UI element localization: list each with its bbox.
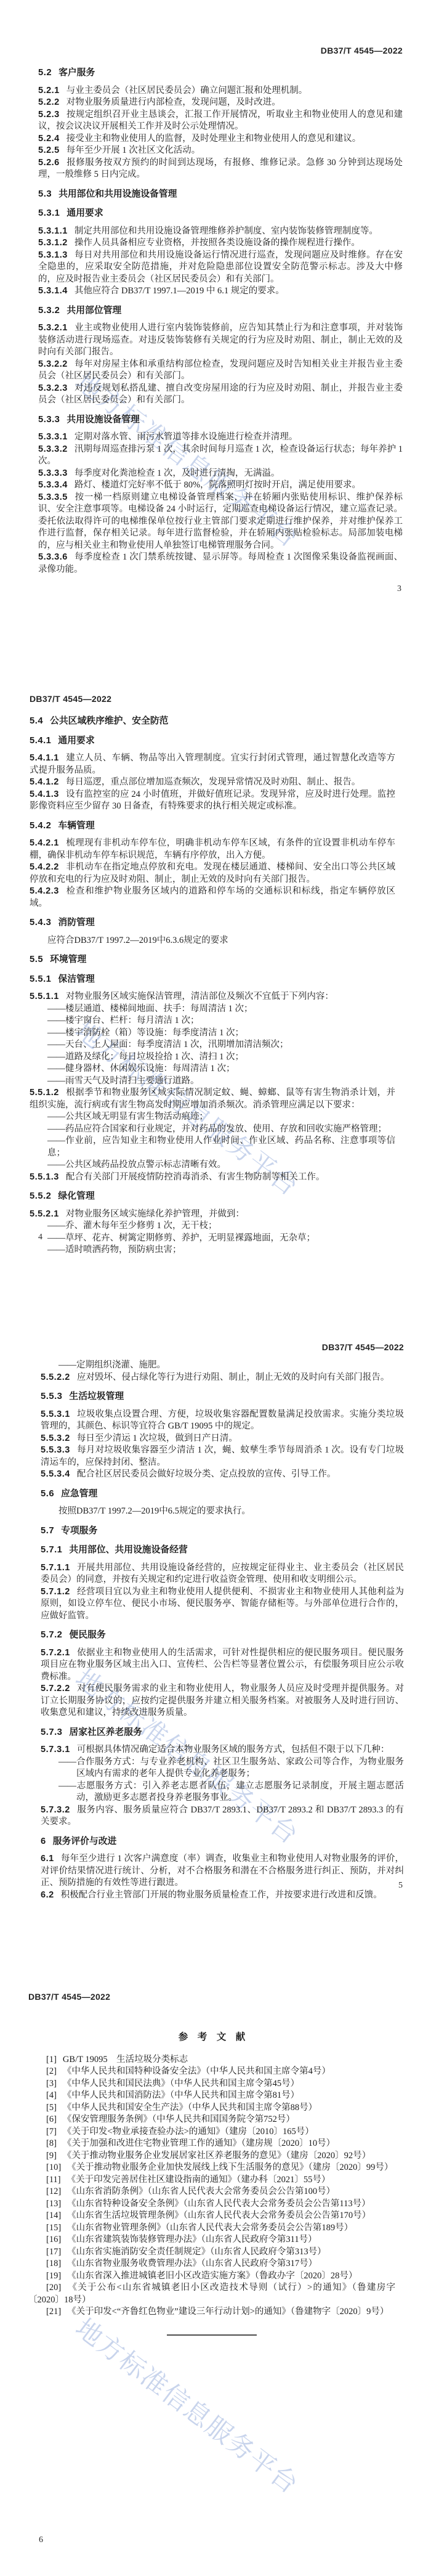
- standard-document-scan: { "doc": { "code": "DB37/T 4545—2022", "…: [0, 0, 431, 2576]
- page-content: 5.4公共区域秩序维护、安全防范5.4.1通用要求5.4.1.1建立人员、车辆、…: [30, 715, 395, 1257]
- reference-label: [8]: [46, 2138, 57, 2148]
- clause-number: 5.5.3.4: [41, 1469, 70, 1479]
- clause-number: 5.4.2.2: [30, 862, 59, 872]
- reference-text: 《关于加强和改进住宅物业管理工作的通知》（建房规〔2020〕10号）: [63, 2138, 335, 2148]
- reference-item: [11]《关于印发完善居住社区建设指南的通知》（建办科〔2021〕55号）: [28, 2174, 395, 2187]
- section-heading: 5.6应急管理: [41, 1488, 404, 1501]
- list-item: ——公共区域无明显有害生物活动痕迹；: [47, 1111, 395, 1123]
- doc-code-header: DB37/T 4545—2022: [30, 694, 111, 704]
- reference-text: 《山东省生活垃圾管理条例》（山东省人民代表大会常务委员会公告第170号）: [67, 2211, 371, 2220]
- heading-text: 应急管理: [61, 1489, 97, 1499]
- clause: 5.3.3.6每季度检查 1 次门禁系统按键、显示屏等。每周检查 1 次图像采集…: [38, 552, 403, 576]
- reference-label: [3]: [46, 2079, 57, 2089]
- clause-number: 5.4.2.1: [30, 838, 59, 848]
- reference-item: [12]《山东省消防条例》（山东省人民代表大会常务委员会公告第100号）: [28, 2186, 395, 2198]
- reference-label: [18]: [46, 2259, 61, 2268]
- clause-number: 5.5.2.2: [41, 1372, 70, 1382]
- clause-number: 5.3.2.2: [38, 359, 68, 369]
- clause-number: 5.4.2: [30, 821, 51, 831]
- clause-number: 5.7.1.2: [41, 1587, 70, 1597]
- clause-text: 对物业服务区域实施保洁管理，清洁部位及频次不宜低于下列内容：: [66, 992, 334, 1001]
- clause-text: 按规定组织召开业主恳谈会，汇报工作开展情况，听取业主和物业使用人的意见和建议，按…: [38, 110, 403, 132]
- clause: 5.5.3.3每月对垃圾收集容器至少清洁 1 次，蝇、蚊孳生季节每周消杀 1 次…: [41, 1445, 404, 1469]
- watermark: 地方标准信息服务平台: [69, 2309, 308, 2501]
- clause-number: 5.2.1: [38, 86, 60, 96]
- reference-item: [15]《山东省物业管理条例》（山东省人民代表大会常务委员会公告第189号）: [28, 2222, 395, 2235]
- subsection-heading: 5.7.3居家社区养老服务: [41, 1727, 404, 1739]
- clause: 5.5.3.1垃圾收集点设置合理、方便，垃圾收集容器配置数量满足投放需求。实施分…: [41, 1409, 404, 1433]
- clause: 5.4.2.3检查和维护物业服务区域内的道路和停车场的交通标识和标线，指定车辆停…: [30, 886, 395, 910]
- page-header-row: DB37/T 4545—2022: [28, 1946, 395, 2004]
- reference-label: [9]: [46, 2151, 57, 2161]
- list-item: ——志愿服务方式：引入养老志愿者队伍，建立志愿服务记录制度，开展主题志愿活动，激…: [58, 1780, 404, 1804]
- clause: 5.3.2.1业主或物业使用人进行室内装饰装修前，应告知其禁止行为和注意事项，并…: [38, 322, 403, 359]
- reference-label: [5]: [46, 2103, 57, 2113]
- clause: 5.3.1.2操作人员具备相应专业资格，并按照各类设施设备的操作规程进行操作。: [38, 237, 403, 250]
- reference-text: 《保安管理服务条例》（中华人民共和国国务院令第752号）: [63, 2114, 295, 2124]
- clause-number: 5.4.1.2: [30, 777, 59, 787]
- clause-number: 5.5.2: [30, 1191, 51, 1201]
- heading-text: 共用部位和共用设施设备管理: [58, 189, 177, 199]
- reference-text: 《山东省深入推进城镇老旧小区改造实施方案》（鲁政办字〔2020〕28号）: [67, 2271, 357, 2281]
- reference-label: [16]: [46, 2235, 61, 2244]
- reference-item: [14]《山东省生活垃圾管理条例》（山东省人民代表大会常务委员会公告第170号）: [28, 2210, 395, 2222]
- reference-text: 《中华人民共和国特种设备安全法》（中华人民共和国主席令第4号）: [63, 2066, 331, 2076]
- reference-item: [17]《山东省实施消防安全责任制规定》（山东省人民政府令第313号）: [28, 2246, 395, 2259]
- reference-item: [13]《山东省特种设备安全条例》（山东省人民代表大会常务委员会公告第113号）: [28, 2198, 395, 2211]
- clause-number: 5.5.3.1: [41, 1409, 70, 1419]
- clause-number: 5.3.1.4: [38, 286, 68, 296]
- doc-code-header: DB37/T 4545—2022: [28, 1992, 110, 2002]
- reference-label: [1]: [46, 2055, 57, 2064]
- subsection-heading: 5.7.2便民服务: [41, 1629, 404, 1642]
- clause: 5.3.3.4路灯、楼道灯完好率不低于 80%，院落照明灯按时开启，满足使用要求…: [38, 479, 403, 492]
- clause-number: 5.3.2.3: [38, 383, 68, 393]
- clause: 5.3.1.4其他应符合 DB37/T 1997.1—2019 中 6.1 规定…: [38, 285, 403, 298]
- clause: 5.5.1.2根据季节和物业服务区域实际情况制定蚊、蝇、蟑螂、鼠等有害生物消杀计…: [30, 1087, 395, 1111]
- clause: 5.3.3.2汛期每周巡查排污泵 1 次，其余时间每月巡查 1 次，检查设备运行…: [38, 444, 403, 468]
- reference-text: 《中华人民共和国民法典》（中华人民共和国主席令第45号）: [63, 2079, 299, 2089]
- clause-text: 垃圾收集点设置合理、方便，垃圾收集容器配置数量满足投放需求。实施分类垃圾管理的，…: [41, 1409, 404, 1432]
- clause: 5.2.1与业主委员会（社区居民委员会）确立问题汇报和处理机制。: [38, 85, 403, 97]
- clause-text: 每季度检查 1 次门禁系统按键、显示屏等。每周检查 1 次图像采集设备监视画面、…: [38, 552, 403, 574]
- reference-item: [9]《关于推动物业服务企业发展居家社区养老服务的意见》（建房〔2020〕92号…: [28, 2150, 395, 2162]
- clause-number: 5.5.1.2: [30, 1088, 59, 1098]
- clause-number: 5.4.3: [30, 918, 51, 927]
- page-content: 参 考 文 献[1]GB/T 19095 生活垃圾分类标志[2]《中华人民共和国…: [28, 2031, 395, 2336]
- clause-text: 依据业主和物业使用人的生活需求，可针对性提供相应的便民服务项目。便民服务项目应在…: [41, 1648, 404, 1682]
- clause-number: 5.4: [30, 716, 43, 726]
- reference-label: [7]: [46, 2127, 57, 2137]
- clause-number: 5.3.3: [38, 415, 60, 425]
- subsection-heading: 5.5.1保洁管理: [30, 974, 395, 986]
- list-item: ——天台、上人屋面：每季度清洁 1 次，汛期增加清洁频次；: [47, 1039, 395, 1051]
- page: DB37/T 4545—2022参 考 文 献[1]GB/T 19095 生活垃…: [0, 1946, 431, 2576]
- document-pages: DB37/T 4545—20225.2客户服务5.2.1与业主委员会（社区居民委…: [0, 0, 431, 2576]
- reference-text: 《关于印发<物业承接查验办法>的通知》（建房〔2010〕165号）: [63, 2127, 314, 2137]
- reference-item: [4]《中华人民共和国消防法》（中华人民共和国主席令第81号）: [28, 2090, 395, 2102]
- subsection-heading: 5.5.3生活垃圾管理: [41, 1391, 404, 1403]
- clause-text: 按一梯一档原则建立电梯设备管理档案，并在轿厢内张贴使用标识、维护保养标识、安全注…: [38, 492, 403, 550]
- clause-number: 5.7.3.2: [41, 1805, 70, 1815]
- reference-text: GB/T 19095 生活垃圾分类标志: [63, 2055, 188, 2064]
- list-item: ——草坪、花卉、树篱定期修剪、养护，无明显裸露地面，无杂草；: [47, 1233, 395, 1245]
- clause-number: 5.7.3: [41, 1727, 62, 1737]
- heading-text: 共用设施设备管理: [66, 415, 139, 425]
- subsection-heading: 5.4.3消防管理: [30, 917, 395, 929]
- section-heading: 5.5环境管理: [30, 954, 395, 966]
- heading-text: 通用要求: [58, 736, 94, 746]
- clause: 5.5.1.3配合有关部门开展疫情防控消毒消杀、有害生物防制等相关工作。: [30, 1172, 395, 1184]
- page: DB37/T 4545—20225.2客户服务5.2.1与业主委员会（社区居民委…: [0, 0, 431, 648]
- clause: 6.2积极配合行业主管部门开展的物业服务质量检查工作，并按要求进行改进和反馈。: [41, 1889, 404, 1902]
- reference-label: [12]: [46, 2187, 61, 2196]
- reference-item: [21]《关于印发<“齐鲁红色物业”建设三年行动计划>的通知》（鲁建物字〔202…: [28, 2306, 395, 2318]
- clause-number: 6: [41, 1836, 46, 1846]
- reference-label: [13]: [46, 2199, 61, 2209]
- heading-text: 消防管理: [58, 918, 94, 927]
- list-item: ——作业前，应告知业主和物业使用人作业时间、作业区域、药品名称、注意事项等信息；: [47, 1135, 395, 1159]
- clause-number: 5.7.3.1: [41, 1745, 70, 1755]
- reference-label: [20]: [46, 2283, 61, 2293]
- clause-text: 对物业服务区域实施绿化养护管理，并做到：: [66, 1209, 244, 1219]
- clause-number: 5.3: [38, 189, 52, 199]
- reference-text: 《山东省建筑装饰装修管理办法》（山东省人民政府令第311号）: [67, 2235, 316, 2244]
- clause-number: 5.5.1.3: [30, 1172, 59, 1182]
- clause-text: 业主或物业使用人进行室内装饰装修前，应告知其禁止行为和注意事项，并对装饰装修活动…: [38, 323, 403, 357]
- clause-text: 定期对落水管、雨污水管道等排水设施进行检查并清理。: [75, 432, 298, 442]
- list-item: ——楼宇消防栓（箱）等设施：每季度清洁 1 次；: [47, 1027, 395, 1040]
- page: DB37/T 4545—2022——定期组织浇灌、施肥。5.5.2.2应对毁坏、…: [0, 1297, 431, 1946]
- clause: 6.1每年至少进行 1 次客户满意度（率）调查，收集业主和物业使用人对物业服务的…: [41, 1853, 404, 1889]
- heading-text: 生活垃圾管理: [69, 1392, 124, 1401]
- clause-text: 每季度对化粪池检查 1 次，及时进行清掏，无满溢。: [75, 468, 280, 478]
- reference-label: [15]: [46, 2223, 61, 2233]
- clause-number: 5.5.2.1: [30, 1209, 59, 1219]
- clause-text: 每年至少开展 1 次社区文化活动。: [66, 145, 201, 155]
- page: DB37/T 4545—20225.4公共区域秩序维护、安全防范5.4.1通用要…: [0, 648, 431, 1297]
- clause-text: 应对毁坏、侵占绿化等行为进行劝阻、制止，制止无效的及时向有关部门报告。: [77, 1372, 390, 1382]
- heading-text: 共用部位、共用设施设备经营: [69, 1545, 187, 1555]
- clause: 5.3.1.1制定共用部位和共用设施设备管理维修养护制度、室内装饰装修管理制度等…: [38, 226, 403, 238]
- clause-text: 检查和维护物业服务区域内的道路和停车场的交通标识和标线，指定车辆停放区域。: [30, 886, 395, 908]
- page-number: 5: [398, 1881, 403, 1891]
- clause-text: 每月对垃圾收集容器至少清洁 1 次，蝇、蚊孳生季节每周消杀 1 次。设有专门垃圾…: [41, 1445, 404, 1467]
- clause-number: 5.5.1: [30, 974, 51, 984]
- clause: 5.3.3.3每季度对化粪池检查 1 次，及时进行清掏，无满溢。: [38, 468, 403, 480]
- clause: 5.2.2对物业服务质量进行内部检查，发现问题，及时改进。: [38, 97, 403, 109]
- reference-label: [10]: [46, 2162, 61, 2172]
- clause: 5.2.6报修服务按双方预约的时间到达现场，有报修、维修记录。急修 30 分钟到…: [38, 157, 403, 181]
- list-item: ——楼宇窗台、栏杆：每月清洁 1 次；: [47, 1015, 395, 1027]
- clause-text: 每年至少进行 1 次客户满意度（率）调查，收集业主和物业使用人对物业服务的评价，…: [41, 1854, 404, 1888]
- clause-number: 5.7.2.1: [41, 1648, 70, 1658]
- subsection-heading: 5.7.1共用部位、共用设施设备经营: [41, 1544, 404, 1557]
- reference-text: 《山东省实施消防安全责任制规定》（山东省人民政府令第313号）: [67, 2247, 326, 2257]
- clause-text: 服务内容、服务质量应符合 DB37/T 2893.1、DB37/T 2893.2…: [41, 1805, 404, 1827]
- clause: 5.2.3按规定组织召开业主恳谈会，汇报工作开展情况，听取业主和物业使用人的意见…: [38, 109, 403, 133]
- page-number: 4: [38, 1233, 42, 1242]
- clause-number: 5.2.5: [38, 145, 60, 155]
- reference-item: [1]GB/T 19095 生活垃圾分类标志: [28, 2054, 395, 2066]
- clause-number: 5.4.1: [30, 736, 51, 746]
- clause-number: 6.1: [41, 1854, 54, 1864]
- clause-text: 与业主委员会（社区居民委员会）确立问题汇报和处理机制。: [66, 86, 308, 96]
- reference-item: [6]《保安管理服务条例》（中华人民共和国国务院令第752号）: [28, 2114, 395, 2126]
- subsection-heading: 5.3.2共用部位管理: [38, 305, 403, 317]
- clause-text: 开展共用部位、共用设施设备经营的，应按规定征得业主、业主委员会（社区居民委员会）…: [41, 1563, 404, 1585]
- clause: 5.3.1.3每日对共用部位和共用设施设备运行情况进行巡查，发现问题应及时维修。…: [38, 250, 403, 286]
- reference-text: 《中华人民共和国消防法》（中华人民共和国主席令第81号）: [63, 2090, 299, 2100]
- clause-text: 建立人员、车辆、物品等出入管理制度。宜实行封闭式管理，通过智慧化改造等方式提升服…: [30, 753, 395, 775]
- reference-text: 《山东省消防条例》（山东省人民代表大会常务委员会公告第100号）: [67, 2187, 335, 2196]
- clause-number: 5.3.2.1: [38, 323, 68, 333]
- clause-number: 5.2.3: [38, 110, 60, 120]
- list-item: ——定期组织浇灌、施肥。: [58, 1359, 404, 1372]
- clause-text: 每日巡逻，重点部位增加巡查频次，发现异常情况及时劝阻、制止、报告。: [66, 777, 361, 787]
- clause-number: 5.3.1.2: [38, 238, 68, 248]
- clause-number: 5.3.1: [38, 208, 60, 218]
- clause-body: 应符合DB37/T 1997.2—2019中6.3.6规定的要求: [30, 935, 395, 947]
- reference-item: [5]《中华人民共和国安全生产法》（中华人民共和国主席令第88号）: [28, 2102, 395, 2114]
- clause-number: 5.3.3.2: [38, 444, 68, 454]
- heading-text: 绿化管理: [58, 1191, 94, 1201]
- clause: 5.5.2.1对物业服务区域实施绿化养护管理，并做到：: [30, 1209, 395, 1221]
- doc-code-header: DB37/T 4545—2022: [322, 1342, 404, 1352]
- clause-text: 汛期每周巡查排污泵 1 次，其余时间每月巡查 1 次，检查设备运行状态；每年养护…: [38, 444, 403, 467]
- clause-number: 5.2.6: [38, 158, 60, 168]
- end-of-document-line: [167, 2334, 257, 2336]
- clause-text: 配合社区居民委员会做好垃圾分类、定点投放的宣传、引导工作。: [77, 1469, 336, 1479]
- heading-text: 保洁管理: [58, 974, 94, 984]
- clause-text: 对有便民服务需求的业主和物业使用人，物业服务人员应及时受理并提供服务。对订立长期…: [41, 1684, 404, 1718]
- subsection-heading: 5.4.2车辆管理: [30, 820, 395, 833]
- clause: 5.3.3.1定期对落水管、雨污水管道等排水设施进行检查并清理。: [38, 431, 403, 444]
- heading-text: 环境管理: [50, 955, 86, 964]
- clause-number: 5.3.2: [38, 306, 60, 316]
- heading-text: 共用部位管理: [66, 306, 121, 316]
- section-heading: 5.2客户服务: [38, 67, 403, 79]
- clause-text: 梳理现有非机动车停车位，明确非机动车停车区域，有条件的宜设置非机动车停车棚，确保…: [30, 838, 395, 860]
- clause-number: 5.4.1.1: [30, 753, 59, 763]
- clause-text: 制定共用部位和共用设施设备管理维修养护制度、室内装饰装修管理制度等。: [75, 226, 378, 236]
- reference-text: 《关于推动物业服务企业加快发展线上线下生活服务的意见》（建房〔2020〕99号）: [67, 2162, 393, 2172]
- clause: 5.4.2.2非机动车在指定地点停放和充电。发现在楼层通道、楼梯间、安全出口等公…: [30, 862, 395, 886]
- clause-text: 积极配合行业主管部门开展的物业服务质量检查工作，并按要求进行改进和反馈。: [61, 1890, 382, 1900]
- list-item: ——药品应符合国家和行业规定，并对药品的发放、使用、存放和回收实施严格管理；: [47, 1123, 395, 1136]
- clause-number: 5.5.3.3: [41, 1445, 70, 1455]
- heading-text: 便民服务: [69, 1630, 105, 1640]
- clause-body: 按照DB37/T 1997.2—2019中6.5规定的要求执行。: [41, 1506, 404, 1518]
- reference-text: 《关于公布<山东省城镇老旧小区改造技术导则（试行）>的通知》（鲁建房字〔2020…: [28, 2283, 395, 2305]
- clause-text: 设有监控室的应 24 小时值班，并做好值班记录。发现异常，应及时进行处理。监控影…: [30, 789, 395, 812]
- reference-text: 《关于推动物业服务企业发展居家社区养老服务的意见》（建房〔2020〕92号）: [63, 2151, 371, 2161]
- list-item: ——雨雪天气及时清扫主要通行道路。: [47, 1075, 395, 1088]
- clause-number: 5.3.3.3: [38, 468, 68, 478]
- clause: 5.5.2.2应对毁坏、侵占绿化等行为进行劝阻、制止，制止无效的及时向有关部门报…: [41, 1372, 404, 1384]
- reference-label: [19]: [46, 2271, 61, 2281]
- reference-label: [4]: [46, 2090, 57, 2100]
- clause-number: 5.2.4: [38, 134, 60, 144]
- clause-number: 5.5.3.2: [41, 1433, 70, 1443]
- clause: 5.7.1.1开展共用部位、共用设施设备经营的，应按规定征得业主、业主委员会（社…: [41, 1562, 404, 1586]
- clause: 5.5.3.4配合社区居民委员会做好垃圾分类、定点投放的宣传、引导工作。: [41, 1469, 404, 1481]
- clause: 5.2.4接受业主和物业使用人的监督，及时处理业主和物业使用人的意见和建议。: [38, 133, 403, 145]
- reference-item: [2]《中华人民共和国特种设备安全法》（中华人民共和国主席令第4号）: [28, 2066, 395, 2078]
- clause-number: 5.3.3.5: [38, 492, 68, 502]
- reference-item: [8]《关于加强和改进住宅物业管理工作的通知》（建房规〔2020〕10号）: [28, 2138, 395, 2150]
- reference-label: [6]: [46, 2114, 57, 2124]
- clause-number: 5.7.1: [41, 1545, 62, 1555]
- heading-text: 居家社区养老服务: [69, 1727, 142, 1737]
- list-item: ——适时喷洒药物，预防病虫害；: [47, 1244, 395, 1257]
- heading-text: 服务评价与改进: [53, 1836, 117, 1846]
- clause-text: 每年对房屋主体和承重结构部位检查，发现问题应及时告知相关业主并报告业主委员会（社…: [38, 359, 403, 381]
- clause-text: 路灯、楼道灯完好率不低于 80%，院落照明灯按时开启，满足使用要求。: [75, 480, 361, 490]
- list-item: ——楼层通道、楼梯间地面、扶手：每周清洁 1 次；: [47, 1003, 395, 1016]
- references-title: 参 考 文 献: [28, 2031, 395, 2044]
- clause-text: 对物业服务质量进行内部检查，发现问题，及时改进。: [66, 97, 281, 107]
- clause: 5.7.3.2服务内容、服务质量应符合 DB37/T 2893.1、DB37/T…: [41, 1804, 404, 1828]
- clause: 5.7.2.1依据业主和物业使用人的生活需求，可针对性提供相应的便民服务项目。便…: [41, 1647, 404, 1684]
- subsection-heading: 5.3.1通用要求: [38, 208, 403, 220]
- clause-number: 5.5.3: [41, 1392, 62, 1401]
- reference-item: [20]《关于公布<山东省城镇老旧小区改造技术导则（试行）>的通知》（鲁建房字〔…: [28, 2282, 395, 2306]
- page-number: 6: [39, 2535, 43, 2545]
- section-heading: 6服务评价与改进: [41, 1836, 404, 1848]
- clause: 5.4.2.1梳理现有非机动车停车位，明确非机动车停车区域，有条件的宜设置非机动…: [30, 838, 395, 862]
- page-header-row: DB37/T 4545—2022: [30, 648, 395, 706]
- reference-text: 《关于印发完善居住社区建设指南的通知》（建办科〔2021〕55号）: [67, 2175, 331, 2185]
- clause-text: 每日对共用部位和共用设施设备运行情况进行巡查，发现问题应及时维修。存在安全隐患的…: [38, 250, 403, 284]
- reference-text: 《中华人民共和国安全生产法》（中华人民共和国主席令第88号）: [63, 2103, 317, 2113]
- list-item: ——公共区域药品投放点警示标志清晰有效。: [47, 1159, 395, 1172]
- clause-text: 经营项目宜以为业主和物业使用人提供便利、不损害业主和物业使用人其他利益为原则，如…: [41, 1587, 404, 1621]
- reference-label: [17]: [46, 2247, 61, 2257]
- reference-label: [11]: [46, 2175, 61, 2185]
- section-heading: 5.3共用部位和共用设施设备管理: [38, 189, 403, 201]
- page-number: 3: [397, 584, 401, 594]
- clause-number: 5.4.2.3: [30, 886, 59, 896]
- list-item: ——道路及绿化：每日垃圾捡拾 1 次、清扫 1 次；: [47, 1051, 395, 1064]
- clause-text: 报修服务按双方预约的时间到达现场，有报修、维修记录。急修 30 分钟到达现场处理…: [38, 158, 403, 180]
- clause-number: 5.3.1.1: [38, 226, 68, 236]
- clause: 5.4.1.1建立人员、车辆、物品等出入管理制度。宜实行封闭式管理，通过智慧化改…: [30, 752, 395, 776]
- page-header-row: DB37/T 4545—2022: [38, 0, 403, 58]
- clause-text: 根据季节和物业服务区域实际情况制定蚊、蝇、蟑螂、鼠等有害生物消杀计划，并组织实施…: [30, 1088, 395, 1110]
- clause-number: 5.7.1.1: [41, 1563, 70, 1573]
- page-content: ——定期组织浇灌、施肥。5.5.2.2应对毁坏、侵占绿化等行为进行劝阻、制止，制…: [41, 1359, 404, 1901]
- reference-item: [19]《山东省深入推进城镇老旧小区改造实施方案》（鲁政办字〔2020〕28号）: [28, 2270, 395, 2283]
- clause-number: 5.3.3.6: [38, 552, 68, 562]
- clause-number: 5.4.1.3: [30, 789, 59, 799]
- clause-text: 其他应符合 DB37/T 1997.1—2019 中 6.1 规定的要求。: [75, 286, 284, 296]
- reference-label: [14]: [46, 2211, 61, 2220]
- heading-text: 客户服务: [58, 68, 95, 78]
- clause: 5.3.3.5按一梯一档原则建立电梯设备管理档案，并在轿厢内张贴使用标识、维护保…: [38, 492, 403, 552]
- clause-number: 5.2.2: [38, 97, 60, 107]
- clause: 5.7.3.1可根据具体情况确定适合本物业服务区域的服务方式，包括但不限于以下几…: [41, 1744, 404, 1756]
- clause-number: 5.3.3.1: [38, 432, 68, 442]
- subsection-heading: 5.3.3共用设施设备管理: [38, 414, 403, 426]
- clause-number: 5.3.3.4: [38, 480, 68, 490]
- clause-text: 接受业主和物业使用人的监督，及时处理业主和物业使用人的意见和建议。: [66, 134, 361, 144]
- reference-label: [2]: [46, 2066, 57, 2076]
- reference-item: [16]《山东省建筑装饰装修管理办法》（山东省人民政府令第311号）: [28, 2234, 395, 2246]
- clause: 5.7.2.2对有便民服务需求的业主和物业使用人，物业服务人员应及时受理并提供服…: [41, 1683, 404, 1719]
- list-item: ——健身器材、休闲娱乐设施：每周清洁 1 次；: [47, 1063, 395, 1075]
- clause-number: 5.6: [41, 1489, 54, 1499]
- heading-text: 专项服务: [61, 1526, 97, 1536]
- clause-number: 5.5.1.1: [30, 992, 59, 1001]
- clause: 5.3.2.3对违反规划私搭乱建、擅自改变房屋用途的行为应及时劝阻、制止，并报告…: [38, 383, 403, 407]
- reference-item: [7]《关于印发<物业承接查验办法>的通知》（建房〔2010〕165号）: [28, 2126, 395, 2138]
- reference-item: [10]《关于推动物业服务企业加快发展线上线下生活服务的意见》（建房〔2020〕…: [28, 2162, 395, 2174]
- list-item: ——乔、灌木每年至少修剪 1 次，无干枝；: [47, 1220, 395, 1233]
- page-header-row: DB37/T 4545—2022: [41, 1297, 404, 1355]
- clause-number: 5.7.2: [41, 1630, 62, 1640]
- reference-text: 《山东省物业服务收费管理办法》（山东省人民政府令第317号）: [67, 2259, 317, 2268]
- section-heading: 5.7专项服务: [41, 1525, 404, 1538]
- clause: 5.7.1.2经营项目宜以为业主和物业使用人提供便利、不损害业主和物业使用人其他…: [41, 1586, 404, 1623]
- clause-number: 6.2: [41, 1890, 54, 1900]
- heading-text: 车辆管理: [58, 821, 94, 831]
- reference-text: 《关于印发<“齐鲁红色物业”建设三年行动计划>的通知》（鲁建物字〔2020〕9号…: [67, 2307, 389, 2317]
- clause-number: 5.5: [30, 955, 43, 964]
- clause-text: 非机动车在指定地点停放和充电。发现在楼层通道、楼梯间、安全出口等公共区域停放和充…: [30, 862, 395, 884]
- clause-text: 配合有关部门开展疫情防控消毒消杀、有害生物防制等相关工作。: [66, 1172, 325, 1182]
- clause-number: 5.7: [41, 1526, 54, 1536]
- list-item: ——合作服务方式：与专业养老机构、社区卫生服务站、家政公司等合作，为物业服务区域…: [58, 1756, 404, 1780]
- reference-item: [3]《中华人民共和国民法典》（中华人民共和国主席令第45号）: [28, 2078, 395, 2090]
- clause: 5.5.1.1对物业服务区域实施保洁管理，清洁部位及频次不宜低于下列内容：: [30, 991, 395, 1003]
- page-content: 5.2客户服务5.2.1与业主委员会（社区居民委员会）确立问题汇报和处理机制。5…: [38, 67, 403, 576]
- clause: 5.3.2.2每年对房屋主体和承重结构部位检查，发现问题应及时告知相关业主并报告…: [38, 359, 403, 383]
- section-heading: 5.4公共区域秩序维护、安全防范: [30, 715, 395, 728]
- clause: 5.4.1.2每日巡逻，重点部位增加巡查频次，发现异常情况及时劝阻、制止、报告。: [30, 776, 395, 789]
- doc-code-header: DB37/T 4545—2022: [321, 46, 403, 55]
- clause-number: 5.3.1.3: [38, 250, 68, 260]
- clause-text: 每日至少清运 1 次垃圾，做到日产日清。: [77, 1433, 238, 1443]
- clause-text: 操作人员具备相应专业资格，并按照各类设施设备的操作规程进行操作。: [75, 238, 360, 248]
- subsection-heading: 5.4.1通用要求: [30, 735, 395, 748]
- reference-label: [21]: [46, 2307, 61, 2317]
- clause: 5.2.5每年至少开展 1 次社区文化活动。: [38, 145, 403, 157]
- clause: 5.5.3.2每日至少清运 1 次垃圾，做到日产日清。: [41, 1433, 404, 1445]
- clause-text: 可根据具体情况确定适合本物业服务区域的服务方式，包括但不限于以下几种：: [77, 1745, 390, 1755]
- clause-text: 对违反规划私搭乱建、擅自改变房屋用途的行为应及时劝阻、制止，并报告业主委员会（社…: [38, 383, 403, 406]
- heading-text: 公共区域秩序维护、安全防范: [50, 716, 168, 726]
- clause-number: 5.7.2.2: [41, 1684, 70, 1694]
- reference-text: 《山东省物业管理条例》（山东省人民代表大会常务委员会公告第189号）: [67, 2223, 353, 2233]
- reference-text: 《山东省特种设备安全条例》（山东省人民代表大会常务委员会公告第113号）: [67, 2199, 370, 2209]
- subsection-heading: 5.5.2绿化管理: [30, 1191, 395, 1203]
- reference-item: [18]《山东省物业服务收费管理办法》（山东省人民政府令第317号）: [28, 2258, 395, 2270]
- heading-text: 通用要求: [66, 208, 103, 218]
- clause: 5.4.1.3设有监控室的应 24 小时值班，并做好值班记录。发现异常，应及时进…: [30, 789, 395, 813]
- clause-number: 5.2: [38, 68, 52, 78]
